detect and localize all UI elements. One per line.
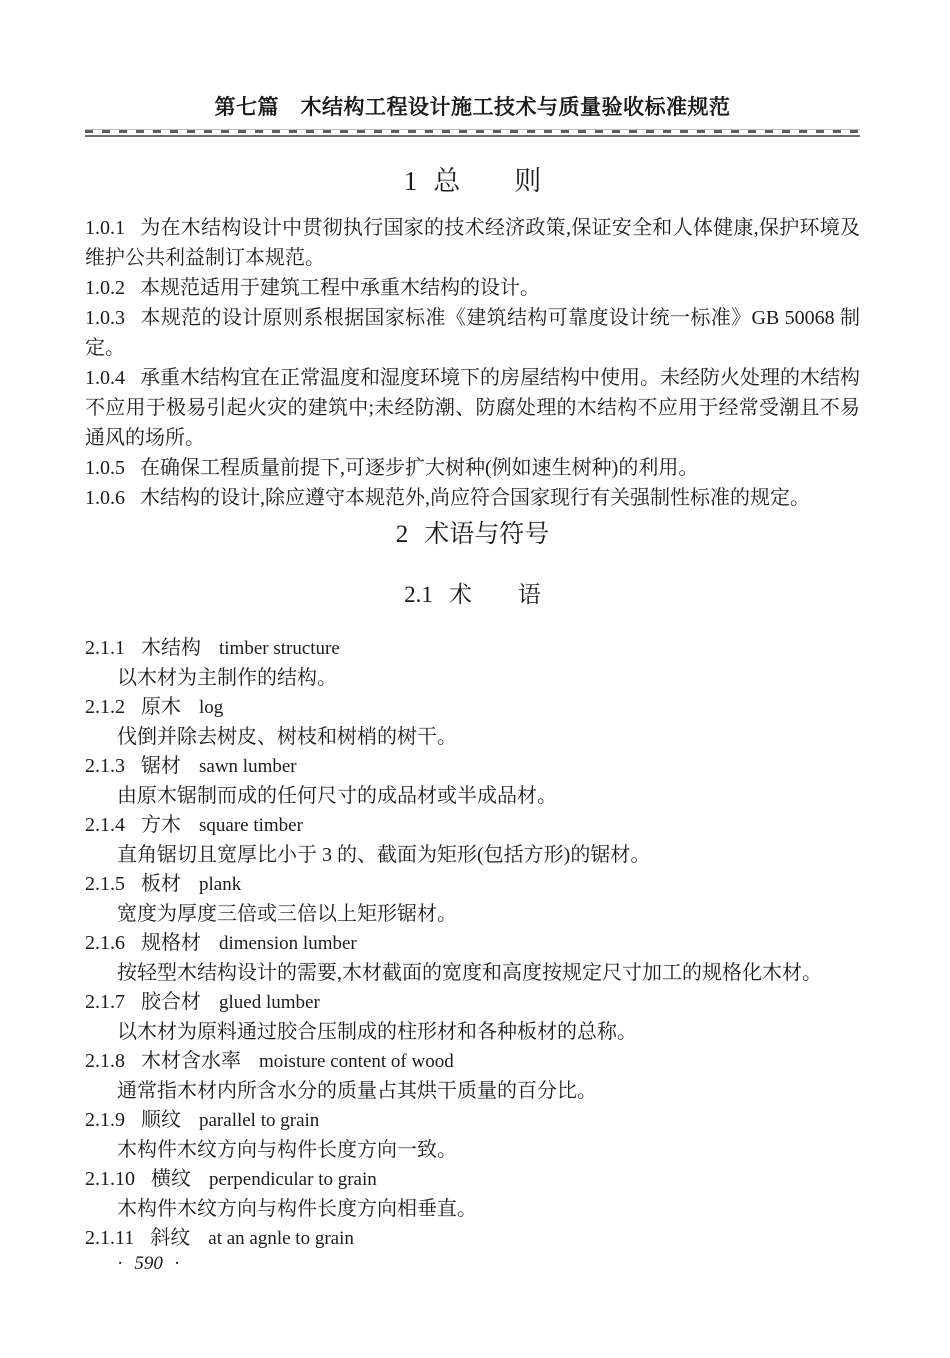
chapter-1-title: 总 则: [433, 166, 541, 196]
term-en: square timber: [199, 815, 303, 836]
page-number: ·590·: [106, 1252, 191, 1276]
clause-number: 1.0.4: [85, 367, 125, 389]
term-head: 2.1.4方木square timber: [85, 811, 860, 841]
double-dashed-divider: [85, 129, 860, 137]
term-zh: 胶合材: [141, 991, 201, 1013]
term-definition: 以木材为主制作的结构。: [85, 664, 860, 694]
term-en: plank: [199, 874, 241, 895]
term-entry-2-1-2: 2.1.2原木log 伐倒并除去树皮、树枝和树梢的树干。: [85, 693, 860, 752]
term-number: 2.1.6: [85, 932, 125, 954]
term-en: perpendicular to grain: [209, 1169, 377, 1190]
term-zh: 板材: [141, 873, 181, 895]
section-2-1-title: 术 语: [449, 582, 541, 607]
term-en: at an agnle to grain: [208, 1228, 354, 1249]
term-head: 2.1.1木结构timber structure: [85, 634, 860, 664]
term-zh: 规格材: [141, 932, 201, 954]
term-definition: 以木材为原料通过胶合压制成的柱形材和各种板材的总称。: [85, 1018, 860, 1048]
clause-text: 本规范适用于建筑工程中承重木结构的设计。: [140, 277, 540, 299]
page-number-right-dot: ·: [174, 1253, 180, 1274]
term-entry-2-1-1: 2.1.1木结构timber structure 以木材为主制作的结构。: [85, 634, 860, 693]
clause-1-0-1: 1.0.1为在木结构设计中贯彻执行国家的技术经济政策,保证安全和人体健康,保护环…: [85, 213, 860, 273]
term-zh: 斜纹: [150, 1227, 190, 1249]
term-en: parallel to grain: [199, 1110, 319, 1131]
section-2-1-number: 2.1: [404, 582, 433, 607]
term-number: 2.1.2: [85, 696, 125, 718]
chapter-1-number: 1: [404, 166, 418, 196]
term-head: 2.1.11斜纹at an agnle to grain: [85, 1224, 860, 1254]
running-head-title: 第七篇 木结构工程设计施工技术与质量验收标准规范: [85, 94, 860, 120]
term-number: 2.1.5: [85, 873, 125, 895]
chapter-1-heading: 1总 则: [85, 164, 860, 198]
term-number: 2.1.7: [85, 991, 125, 1013]
clause-number: 1.0.5: [85, 457, 125, 479]
term-entry-2-1-10: 2.1.10横纹perpendicular to grain 木构件木纹方向与构…: [85, 1165, 860, 1224]
page-number-value: 590: [134, 1253, 163, 1274]
term-entry-2-1-8: 2.1.8木材含水率moisture content of wood 通常指木材…: [85, 1047, 860, 1106]
term-zh: 木结构: [141, 637, 201, 659]
clause-number: 1.0.6: [85, 487, 125, 509]
term-head: 2.1.8木材含水率moisture content of wood: [85, 1047, 860, 1077]
term-head: 2.1.9顺纹parallel to grain: [85, 1106, 860, 1136]
clause-number: 1.0.2: [85, 277, 125, 299]
clause-text: 为在木结构设计中贯彻执行国家的技术经济政策,保证安全和人体健康,保护环境及维护公…: [85, 217, 860, 269]
term-entry-2-1-7: 2.1.7胶合材glued lumber 以木材为原料通过胶合压制成的柱形材和各…: [85, 988, 860, 1047]
term-head: 2.1.6规格材dimension lumber: [85, 929, 860, 959]
term-head: 2.1.2原木log: [85, 693, 860, 723]
clause-text: 在确保工程质量前提下,可逐步扩大树种(例如速生树种)的利用。: [140, 457, 698, 479]
clause-text: 承重木结构宜在正常温度和湿度环境下的房屋结构中使用。未经防火处理的木结构不应用于…: [85, 367, 860, 449]
term-en: timber structure: [219, 638, 340, 659]
term-definition: 由原木锯制而成的任何尺寸的成品材或半成品材。: [85, 782, 860, 812]
term-definition: 木构件木纹方向与构件长度方向相垂直。: [85, 1195, 860, 1225]
page-number-left-dot: ·: [117, 1253, 123, 1274]
term-entry-2-1-5: 2.1.5板材plank 宽度为厚度三倍或三倍以上矩形锯材。: [85, 870, 860, 929]
term-head: 2.1.3锯材sawn lumber: [85, 752, 860, 782]
term-list: 2.1.1木结构timber structure 以木材为主制作的结构。 2.1…: [85, 634, 860, 1254]
term-entry-2-1-4: 2.1.4方木square timber 直角锯切且宽厚比小于 3 的、截面为矩…: [85, 811, 860, 870]
term-en: dimension lumber: [219, 933, 357, 954]
clause-number: 1.0.1: [85, 217, 125, 239]
document-page: 第七篇 木结构工程设计施工技术与质量验收标准规范 1总 则 1.0.1为在木结构…: [0, 0, 950, 1358]
divider-dash-row: [85, 129, 860, 133]
term-entry-2-1-9: 2.1.9顺纹parallel to grain 木构件木纹方向与构件长度方向一…: [85, 1106, 860, 1165]
clause-1-0-5: 1.0.5在确保工程质量前提下,可逐步扩大树种(例如速生树种)的利用。: [85, 453, 860, 483]
clause-text: 本规范的设计原则系根据国家标准《建筑结构可靠度设计统一标准》GB 50068 制…: [85, 307, 860, 359]
clause-1-0-2: 1.0.2本规范适用于建筑工程中承重木结构的设计。: [85, 273, 860, 303]
term-definition: 宽度为厚度三倍或三倍以上矩形锯材。: [85, 900, 860, 930]
term-number: 2.1.10: [85, 1168, 135, 1190]
term-en: log: [199, 697, 223, 718]
clause-1-0-6: 1.0.6木结构的设计,除应遵守本规范外,尚应符合国家现行有关强制性标准的规定。: [85, 483, 860, 513]
term-head: 2.1.7胶合材glued lumber: [85, 988, 860, 1018]
term-en: moisture content of wood: [259, 1051, 454, 1072]
clause-1-0-4: 1.0.4承重木结构宜在正常温度和湿度环境下的房屋结构中使用。未经防火处理的木结…: [85, 363, 860, 453]
term-definition: 通常指木材内所含水分的质量占其烘干质量的百分比。: [85, 1077, 860, 1107]
term-zh: 方木: [141, 814, 181, 836]
term-number: 2.1.11: [85, 1227, 134, 1249]
term-definition: 木构件木纹方向与构件长度方向一致。: [85, 1136, 860, 1166]
term-number: 2.1.9: [85, 1109, 125, 1131]
term-number: 2.1.3: [85, 755, 125, 777]
term-zh: 木材含水率: [141, 1050, 241, 1072]
term-number: 2.1.8: [85, 1050, 125, 1072]
clause-1-0-3: 1.0.3本规范的设计原则系根据国家标准《建筑结构可靠度设计统一标准》GB 50…: [85, 303, 860, 363]
term-zh: 横纹: [151, 1168, 191, 1190]
divider-solid-row: [85, 135, 860, 137]
chapter-1-clause-list: 1.0.1为在木结构设计中贯彻执行国家的技术经济政策,保证安全和人体健康,保护环…: [85, 213, 860, 513]
term-definition: 伐倒并除去树皮、树枝和树梢的树干。: [85, 723, 860, 753]
term-zh: 顺纹: [141, 1109, 181, 1131]
term-entry-2-1-3: 2.1.3锯材sawn lumber 由原木锯制而成的任何尺寸的成品材或半成品材…: [85, 752, 860, 811]
term-entry-2-1-11: 2.1.11斜纹at an agnle to grain: [85, 1224, 860, 1254]
term-entry-2-1-6: 2.1.6规格材dimension lumber 按轻型木结构设计的需要,木材截…: [85, 929, 860, 988]
chapter-2-title: 术语与符号: [424, 521, 549, 548]
term-zh: 锯材: [141, 755, 181, 777]
chapter-2-heading: 2术语与符号: [85, 519, 860, 551]
term-en: sawn lumber: [199, 756, 297, 777]
term-head: 2.1.5板材plank: [85, 870, 860, 900]
term-number: 2.1.4: [85, 814, 125, 836]
clause-text: 木结构的设计,除应遵守本规范外,尚应符合国家现行有关强制性标准的规定。: [140, 487, 810, 509]
term-zh: 原木: [141, 696, 181, 718]
term-number: 2.1.1: [85, 637, 125, 659]
term-en: glued lumber: [219, 992, 320, 1013]
section-2-1-heading: 2.1术 语: [85, 580, 860, 610]
chapter-2-number: 2: [396, 521, 409, 548]
term-head: 2.1.10横纹perpendicular to grain: [85, 1165, 860, 1195]
term-definition: 按轻型木结构设计的需要,木材截面的宽度和高度按规定尺寸加工的规格化木材。: [85, 959, 860, 989]
term-definition: 直角锯切且宽厚比小于 3 的、截面为矩形(包括方形)的锯材。: [85, 841, 860, 871]
clause-number: 1.0.3: [85, 307, 125, 329]
